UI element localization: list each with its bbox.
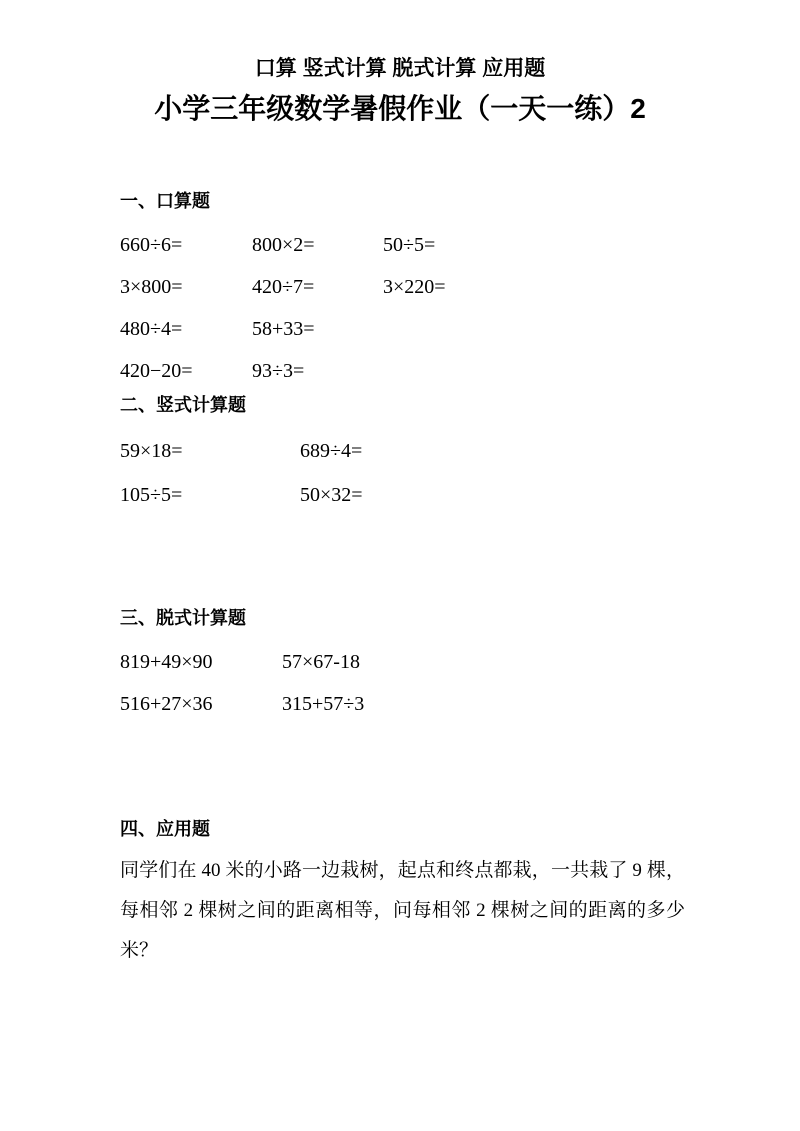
document-subtitle: 口算 竖式计算 脱式计算 应用题 xyxy=(0,55,800,82)
section-oral-heading: 一、口算题 xyxy=(120,190,685,213)
section-word-heading: 四、应用题 xyxy=(120,818,685,841)
section-vertical-calculation: 二、竖式计算题 59×18= 689÷4= 105÷5= 50×32= xyxy=(120,394,685,505)
problem-row: 105÷5= 50×32= xyxy=(120,485,685,505)
math-problem: 93÷3= xyxy=(252,361,383,381)
problem-row: 3×800= 420÷7= 3×220= xyxy=(120,277,685,297)
math-problem: 689÷4= xyxy=(300,441,685,461)
math-problem: 105÷5= xyxy=(120,485,300,505)
math-problem: 480÷4= xyxy=(120,319,252,339)
word-problem-text: 同学们在 40 米的小路一边栽树，起点和终点都栽，一共栽了 9 棵，每相邻 2 … xyxy=(120,851,685,971)
section-step-calculation: 三、脱式计算题 819+49×90 57×67-18 516+27×36 315… xyxy=(120,607,685,714)
math-problem: 315+57÷3 xyxy=(282,694,685,714)
math-problem: 800×2= xyxy=(252,235,383,255)
problem-row: 819+49×90 57×67-18 xyxy=(120,652,685,672)
math-problem: 516+27×36 xyxy=(120,694,282,714)
problem-row: 480÷4= 58+33= xyxy=(120,319,685,339)
math-problem: 819+49×90 xyxy=(120,652,282,672)
math-problem: 3×220= xyxy=(383,277,685,297)
section-word-problem: 四、应用题 同学们在 40 米的小路一边栽树，起点和终点都栽，一共栽了 9 棵，… xyxy=(120,818,685,971)
math-problem: 50×32= xyxy=(300,485,685,505)
worksheet-page: 口算 竖式计算 脱式计算 应用题 小学三年级数学暑假作业（一天一练）2 一、口算… xyxy=(0,0,800,1131)
document-title: 小学三年级数学暑假作业（一天一练）2 xyxy=(0,90,800,128)
math-problem: 58+33= xyxy=(252,319,383,339)
math-problem: 420−20= xyxy=(120,361,252,381)
math-problem: 59×18= xyxy=(120,441,300,461)
math-problem: 57×67-18 xyxy=(282,652,685,672)
math-problem xyxy=(383,361,685,381)
problem-row: 59×18= 689÷4= xyxy=(120,441,685,461)
section-step-heading: 三、脱式计算题 xyxy=(120,607,685,630)
math-problem: 660÷6= xyxy=(120,235,252,255)
problem-row: 660÷6= 800×2= 50÷5= xyxy=(120,235,685,255)
section-vertical-heading: 二、竖式计算题 xyxy=(120,394,685,417)
problem-row: 516+27×36 315+57÷3 xyxy=(120,694,685,714)
problem-row: 420−20= 93÷3= xyxy=(120,361,685,381)
math-problem: 420÷7= xyxy=(252,277,383,297)
math-problem: 50÷5= xyxy=(383,235,685,255)
math-problem: 3×800= xyxy=(120,277,252,297)
section-oral-calculation: 一、口算题 660÷6= 800×2= 50÷5= 3×800= 420÷7= … xyxy=(120,190,685,381)
math-problem xyxy=(383,319,685,339)
